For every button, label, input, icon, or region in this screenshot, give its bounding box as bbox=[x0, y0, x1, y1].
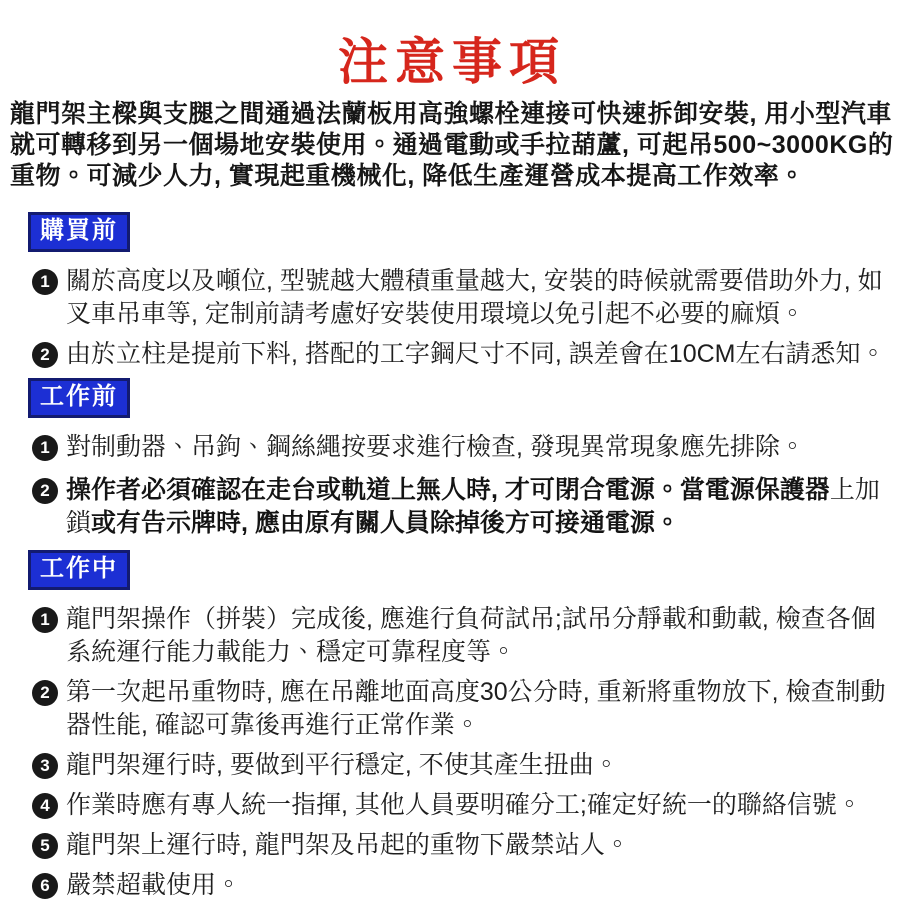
list-item: 2 操作者必須確認在走台或軌道上無人時, 才可閉合電源。當電源保護器上加鎖或有告… bbox=[10, 474, 894, 540]
item-text: 第一次起吊重物時, 應在吊離地面高度30公分時, 重新將重物放下, 檢查制動器性… bbox=[66, 676, 888, 742]
item-number-badge: 1 bbox=[32, 607, 58, 633]
list-item: 1 關於高度以及噸位, 型號越大體積重量越大, 安裝的時候就需要借助外力, 如叉… bbox=[10, 265, 894, 331]
item-text-segment: 或有告示牌時, 應由原有關人員除掉後方可接通電源。 bbox=[91, 509, 680, 537]
section-badge-before-work: 工作前 bbox=[28, 378, 130, 418]
item-text: 關於高度以及噸位, 型號越大體積重量越大, 安裝的時候就需要借助外力, 如叉車吊… bbox=[66, 265, 888, 331]
item-number-badge: 2 bbox=[32, 342, 58, 368]
item-number-badge: 3 bbox=[32, 753, 58, 779]
notice-page: 注意事項 龍門架主樑與支腿之間通過法蘭板用高強螺栓連接可快速拆卸安裝, 用小型汽… bbox=[0, 0, 908, 908]
section-badge-during-work: 工作中 bbox=[28, 550, 130, 590]
item-text: 龍門架運行時, 要做到平行穩定, 不使其產生扭曲。 bbox=[66, 749, 619, 782]
item-text: 嚴禁超載使用。 bbox=[66, 869, 241, 902]
intro-paragraph: 龍門架主樑與支腿之間通過法蘭板用高強螺栓連接可快速拆卸安裝, 用小型汽車就可轉移… bbox=[10, 99, 894, 192]
item-number-badge: 4 bbox=[32, 793, 58, 819]
item-number-badge: 5 bbox=[32, 833, 58, 859]
item-text: 操作者必須確認在走台或軌道上無人時, 才可閉合電源。當電源保護器上加鎖或有告示牌… bbox=[66, 474, 888, 540]
item-text: 對制動器、吊鉤、鋼絲繩按要求進行檢查, 發現異常現象應先排除。 bbox=[66, 431, 805, 464]
item-text-segment: 操作者必須確認在走台或軌道上無人時, 才可閉合電源。當電源保護器 bbox=[66, 476, 830, 504]
section-before-purchase: 購買前 1 關於高度以及噸位, 型號越大體積重量越大, 安裝的時候就需要借助外力… bbox=[10, 212, 894, 371]
section-during-work: 工作中 1 龍門架操作（拼裝）完成後, 應進行負荷試吊;試吊分靜載和動載, 檢查… bbox=[10, 550, 894, 902]
item-text: 作業時應有專人統一指揮, 其他人員要明確分工;確定好統一的聯絡信號。 bbox=[66, 789, 862, 822]
item-number-badge: 2 bbox=[32, 680, 58, 706]
list-item: 5 龍門架上運行時, 龍門架及吊起的重物下嚴禁站人。 bbox=[10, 829, 894, 862]
item-number-badge: 6 bbox=[32, 873, 58, 899]
item-number-badge: 1 bbox=[32, 435, 58, 461]
list-item: 2 第一次起吊重物時, 應在吊離地面高度30公分時, 重新將重物放下, 檢查制動… bbox=[10, 676, 894, 742]
list-item: 2 由於立柱是提前下料, 搭配的工字鋼尺寸不同, 誤差會在10CM左右請悉知。 bbox=[10, 338, 894, 371]
item-number-badge: 1 bbox=[32, 269, 58, 295]
list-item: 3 龍門架運行時, 要做到平行穩定, 不使其產生扭曲。 bbox=[10, 749, 894, 782]
list-item: 6 嚴禁超載使用。 bbox=[10, 869, 894, 902]
list-item: 1 對制動器、吊鉤、鋼絲繩按要求進行檢查, 發現異常現象應先排除。 bbox=[10, 431, 894, 464]
item-text: 龍門架操作（拼裝）完成後, 應進行負荷試吊;試吊分靜載和動載, 檢查各個系統運行… bbox=[66, 603, 888, 669]
page-title: 注意事項 bbox=[10, 36, 894, 89]
section-badge-before-purchase: 購買前 bbox=[28, 212, 130, 252]
item-text: 龍門架上運行時, 龍門架及吊起的重物下嚴禁站人。 bbox=[66, 829, 630, 862]
list-item: 1 龍門架操作（拼裝）完成後, 應進行負荷試吊;試吊分靜載和動載, 檢查各個系統… bbox=[10, 603, 894, 669]
item-text: 由於立柱是提前下料, 搭配的工字鋼尺寸不同, 誤差會在10CM左右請悉知。 bbox=[66, 338, 885, 371]
section-before-work: 工作前 1 對制動器、吊鉤、鋼絲繩按要求進行檢查, 發現異常現象應先排除。 2 … bbox=[10, 378, 894, 540]
list-item: 4 作業時應有專人統一指揮, 其他人員要明確分工;確定好統一的聯絡信號。 bbox=[10, 789, 894, 822]
item-number-badge: 2 bbox=[32, 478, 58, 504]
